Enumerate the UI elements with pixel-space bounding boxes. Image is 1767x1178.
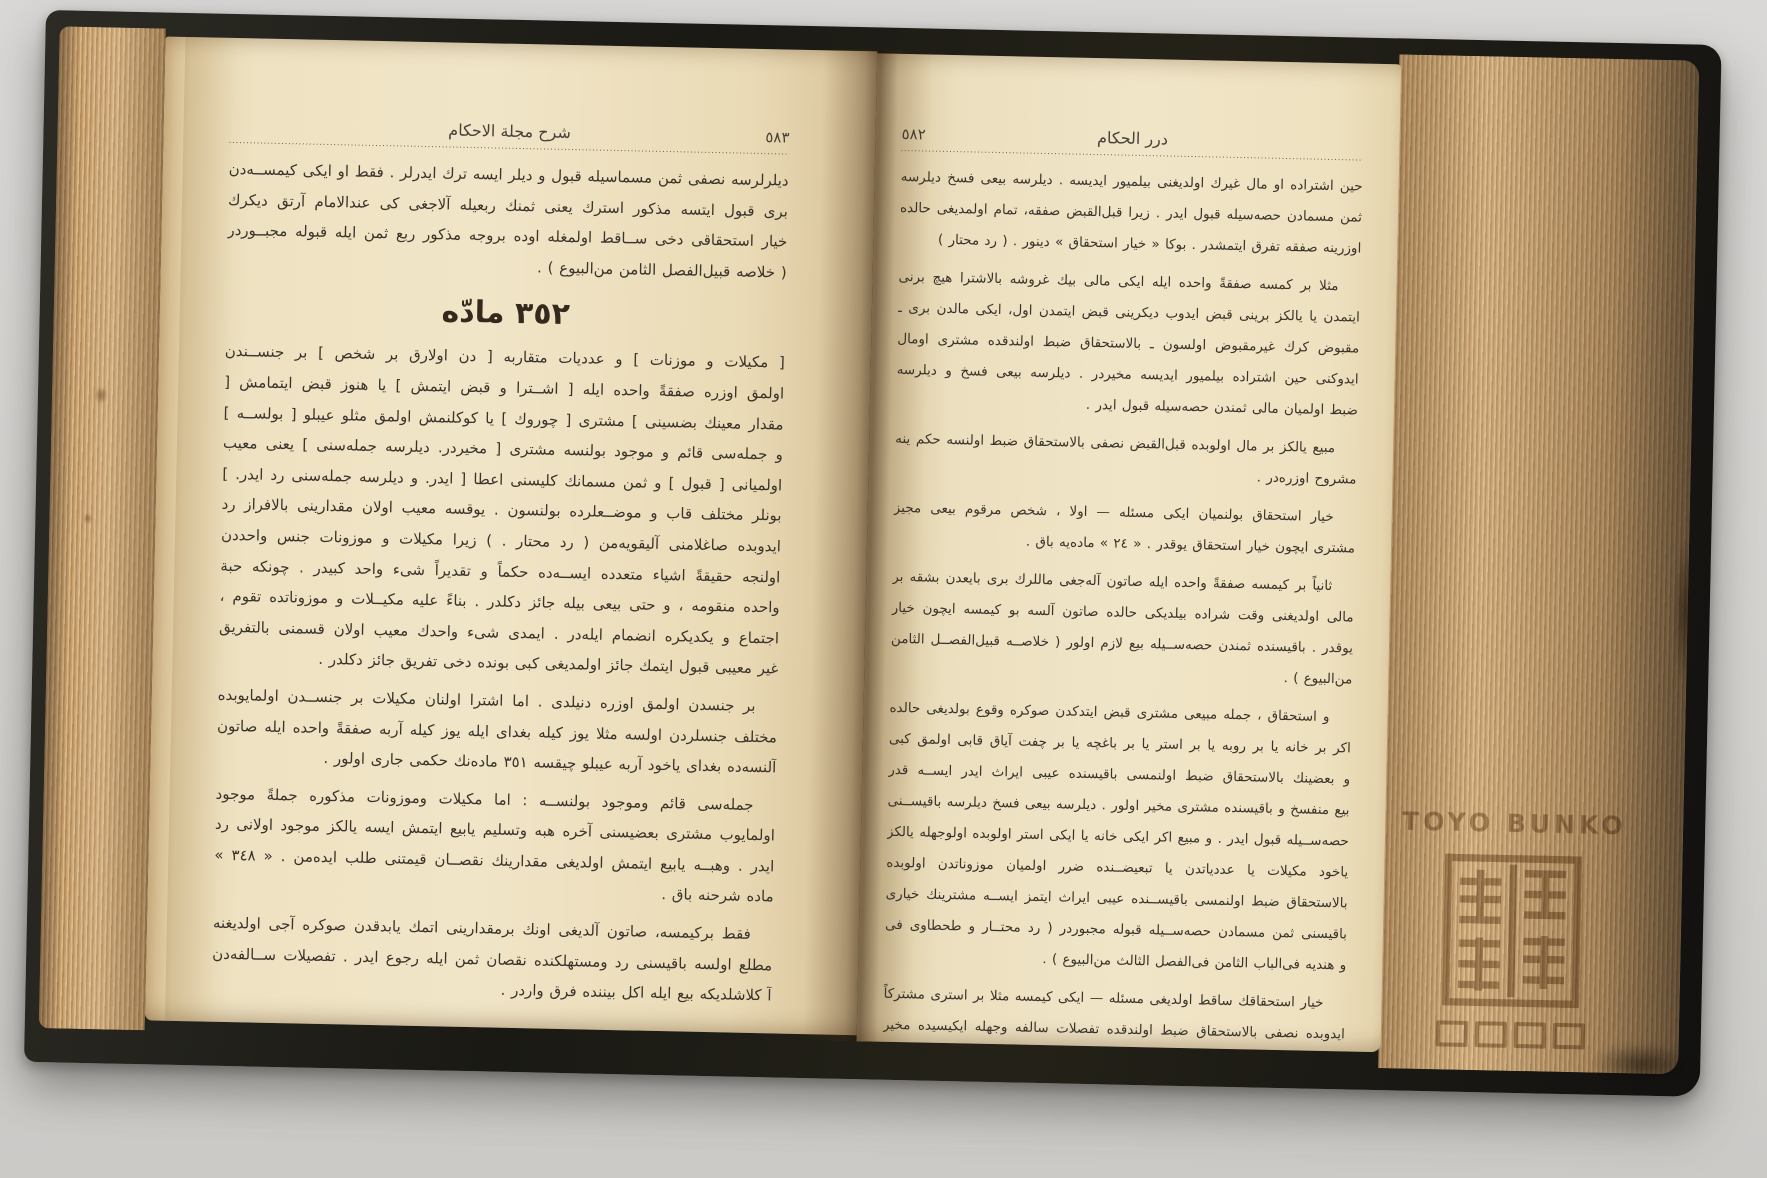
left-running-title: شرح مجلة الاحكام bbox=[448, 120, 571, 142]
right-page-number: ٥٨٢ bbox=[901, 125, 926, 144]
right-fore-edge bbox=[1378, 54, 1699, 1074]
right-page: درر الحكام ٥٨٢ حين اشتراده او مال غيرك ا… bbox=[857, 53, 1402, 1052]
left-paragraph-before-heading: ديلرلرسه نصفى ثمن مسماسيله قبول و ديلر ا… bbox=[226, 154, 788, 288]
left-fore-edge bbox=[39, 26, 166, 1030]
right-running-title: درر الحكام bbox=[1097, 128, 1168, 148]
left-page-number: ٥٨٣ bbox=[765, 128, 790, 147]
book: ٥٨٣ شرح مجلة الاحكام ديلرلرسه نصفى ثمن م… bbox=[24, 10, 1722, 1097]
left-page: ٥٨٣ شرح مجلة الاحكام ديلرلرسه نصفى ثمن م… bbox=[145, 37, 877, 1036]
right-page-text: درر الحكام ٥٨٢ حين اشتراده او مال غيرك ا… bbox=[883, 124, 1364, 1050]
right-paragraphs: حين اشتراده او مال غيرك اولديغنى بيلميور… bbox=[883, 162, 1363, 1050]
article-heading: ٣٥٢ مادّه bbox=[225, 290, 786, 338]
left-page-text: ٥٨٣ شرح مجلة الاحكام ديلرلرسه نصفى ثمن م… bbox=[211, 116, 789, 1011]
left-paragraphs-after-heading: [ مكيلات و موزنات ] و عدديات متقاربه [ د… bbox=[211, 336, 785, 1011]
